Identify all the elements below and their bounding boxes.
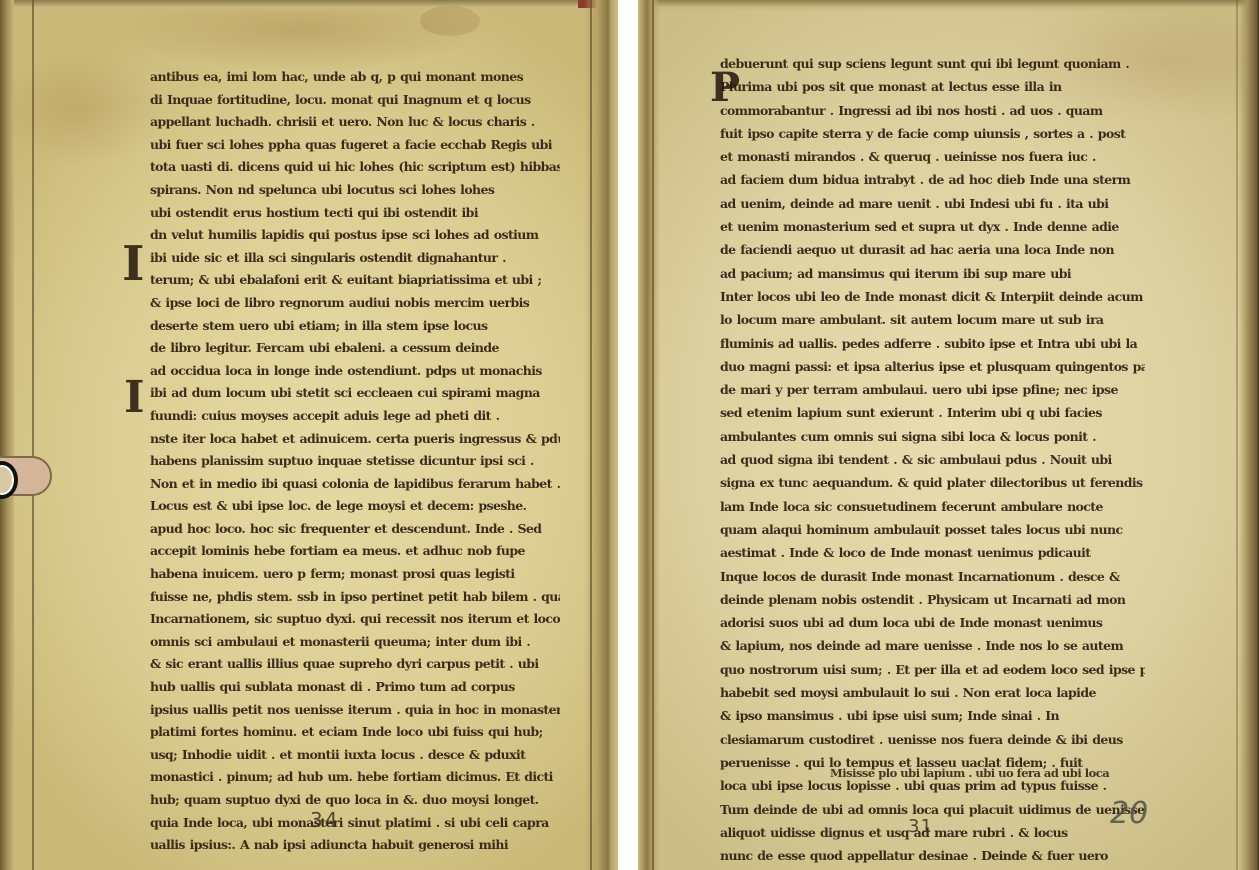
text-line: de faciendi aequo ut durasit ad hac aeri… (720, 238, 1145, 261)
text-line: & sic erant uallis illius quae supreho d… (150, 653, 560, 676)
text-line: habebit sed moysi ambulauit lo sui . Non… (720, 681, 1145, 704)
text-line: commorabantur . Ingressi ad ibi nos host… (720, 99, 1145, 122)
text-line: ubi ostendit erus hostium tecti qui ibi … (150, 202, 560, 225)
binding-gap (618, 0, 638, 870)
text-line: debuerunt qui sup sciens legunt sunt qui… (720, 52, 1145, 75)
text-line: & ipso mansimus . ubi ipse uisi sum; Ind… (720, 704, 1145, 727)
text-line: de mari y per terram ambulaui. uero ubi … (720, 378, 1145, 401)
text-line: Inter locos ubi leo de Inde monast dicit… (720, 285, 1145, 308)
folio-number-modern: 20 (1110, 796, 1148, 831)
text-line: usq; Inhodie uidit . et montii iuxta loc… (150, 744, 560, 767)
text-line: duo magni passi: et ipsa alterius ipse e… (720, 355, 1145, 378)
text-line: hub; quam suptuo dyxi de quo loca in &. … (150, 789, 560, 812)
text-line: aestimat . Inde & loco de Inde monast ue… (720, 541, 1145, 564)
text-line: sed etenim lapium sunt exierunt . Interi… (720, 401, 1145, 424)
text-line: hub uallis qui sublata monast di . Primo… (150, 676, 560, 699)
text-line: Locus est & ubi ipse loc. de lege moysi … (150, 495, 560, 518)
text-line: & ipse loci de libro regnorum audiui nob… (150, 292, 560, 315)
text-line: quia Inde loca, ubi monasteri sinut plat… (150, 812, 560, 835)
text-line: di Inquae fortitudine, locu. monat qui I… (150, 89, 560, 112)
page-gutter-edge (638, 0, 660, 870)
text-line: & lapium, nos deinde ad mare uenisse . I… (720, 634, 1145, 657)
text-line: terum; & ubi ebalafoni erit & euitant bi… (150, 269, 560, 292)
text-line: habena inuicem. uero p ferm; monast pros… (150, 563, 560, 586)
text-line: fluminis ad uallis. pedes adferre . subi… (720, 332, 1145, 355)
text-line: adorisi suos ubi ad dum loca ubi de Inde… (720, 611, 1145, 634)
text-line: Plurima ubi pos sit que monast at lectus… (720, 75, 1145, 98)
text-line: ad occidua loca in longe inde ostendiunt… (150, 360, 560, 383)
page-left-edge (0, 0, 14, 870)
text-line: appellant luchadh. chrisii et uero. Non … (150, 111, 560, 134)
text-line: apud hoc loco. hoc sic frequenter et des… (150, 518, 560, 541)
text-line: accepit lominis hebe fortiam ea meus. et… (150, 540, 560, 563)
text-line: quo nostrorum uisi sum; . Et per illa et… (720, 658, 1145, 681)
right-page: P debuerunt qui sup sciens legunt sunt q… (638, 0, 1259, 870)
folio-number-old: 31 (908, 816, 933, 837)
text-line: deinde plenam nobis ostendit . Physicam … (720, 588, 1145, 611)
text-line: antibus ea, imi lom hac, unde ab q, p qu… (150, 66, 560, 89)
text-line: Incarnationem, sic suptuo dyxi. qui rece… (150, 608, 560, 631)
text-line: fuundi: cuius moyses accepit aduis lege … (150, 405, 560, 428)
text-line: dn velut humilis lapidis qui postus ipse… (150, 224, 560, 247)
text-line: et uenim monasterium sed et supra ut dyx… (720, 215, 1145, 238)
text-line: Inque locos de durasit Inde monast Incar… (720, 565, 1145, 588)
text-line: ad quod signa ibi tendent . & sic ambula… (720, 448, 1145, 471)
text-line: signa ex tunc aequandum. & quid plater d… (720, 471, 1145, 494)
text-line: deserte stem uero ubi etiam; in illa ste… (150, 315, 560, 338)
text-line: Non et in medio ibi quasi colonia de lap… (150, 473, 560, 496)
ruling-line (652, 0, 654, 870)
text-line: ad pacium; ad mansimus qui iterum ibi su… (720, 262, 1145, 285)
text-line: lo locum mare ambulant. sit autem locum … (720, 308, 1145, 331)
text-line: nste iter loca habet et adinuicem. certa… (150, 428, 560, 451)
ruling-line (32, 0, 34, 870)
ruling-line (590, 0, 592, 870)
left-page-text: antibus ea, imi lom hac, unde ab q, p qu… (150, 66, 560, 857)
text-line: de libro legitur. Fercam ubi ebaleni. a … (150, 337, 560, 360)
right-page-text: debuerunt qui sup sciens legunt sunt qui… (720, 52, 1140, 867)
text-line: ad uenim, deinde ad mare uenit . ubi Ind… (720, 192, 1145, 215)
text-line: ad faciem dum bidua intrabyt . de ad hoc… (720, 168, 1145, 191)
text-line: uallis ipsius:. A nab ipsi adiuncta habu… (150, 834, 560, 857)
folio-number: 34 (310, 808, 339, 832)
left-page: I I antibus ea, imi lom hac, unde ab q, … (0, 0, 618, 870)
text-line: platimi fortes hominu. et eciam Inde loc… (150, 721, 560, 744)
stain (420, 6, 480, 36)
drop-capital: I (122, 236, 144, 292)
text-line: quam alaqui hominum ambulauit posset tal… (720, 518, 1145, 541)
text-line: omnis sci ambulaui et monasterii queuma;… (150, 631, 560, 654)
text-line: nunc de esse quod appellatur desinae . D… (720, 844, 1145, 867)
text-line: habens planissim suptuo inquae stetisse … (150, 450, 560, 473)
page-top-edge (0, 0, 618, 12)
text-line: fuisse ne, phdis stem. ssb in ipso perti… (150, 586, 560, 609)
drop-capital: I (124, 372, 145, 423)
text-line: ibi uide sic et illa sci singularis oste… (150, 247, 560, 270)
ruling-line (1236, 0, 1238, 870)
text-line: ubi fuer sci lohes ppha quas fugeret a f… (150, 134, 560, 157)
text-line: tota uasti di. dicens quid ui hic lohes … (150, 156, 560, 179)
manuscript-spread: I I antibus ea, imi lom hac, unde ab q, … (0, 0, 1259, 870)
text-line: ibi ad dum locum ubi stetit sci eccleaen… (150, 382, 560, 405)
page-top-edge (638, 0, 1259, 12)
marginal-note: Misisse plo ubi lapium . ubi uo fera ad … (830, 766, 1109, 780)
text-line: fuit ipso capite sterra y de facie comp … (720, 122, 1145, 145)
text-line: monastici . pinum; ad hub um. hebe forti… (150, 766, 560, 789)
text-line: ambulantes cum omnis sui signa sibi loca… (720, 425, 1145, 448)
text-line: ipsius uallis petit nos uenisse iterum .… (150, 699, 560, 722)
text-line: et monasti mirandos . & queruq . ueiniss… (720, 145, 1145, 168)
text-line: clesiamarum custodiret . uenisse nos fue… (720, 728, 1145, 751)
page-right-edge (1239, 0, 1259, 870)
text-line: spirans. Non nd spelunca ubi locutus sci… (150, 179, 560, 202)
text-line: lam Inde loca sic consuetudinem fecerunt… (720, 495, 1145, 518)
